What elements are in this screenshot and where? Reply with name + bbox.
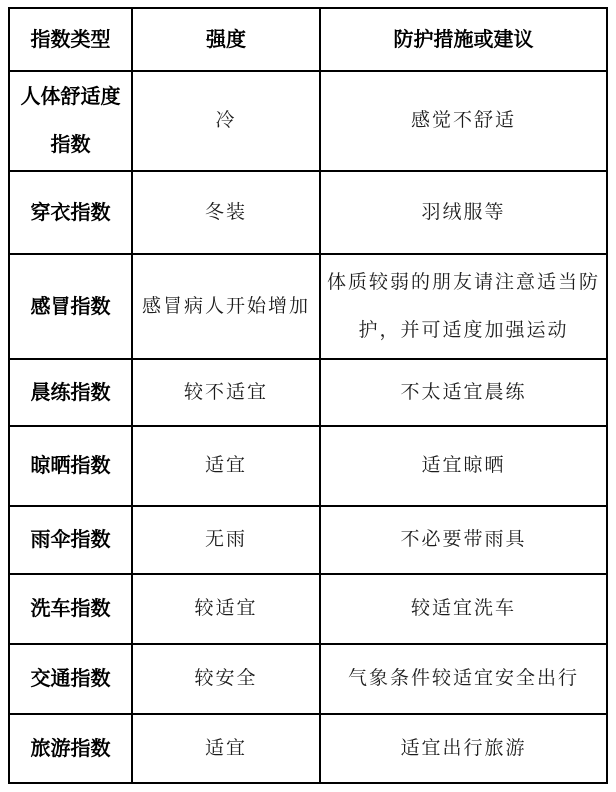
cell-strength: 冬装 [132,171,320,254]
cell-strength: 无雨 [132,506,320,574]
cell-index-type: 旅游指数 [9,714,132,783]
cell-advice: 适宜晾晒 [320,426,607,506]
cell-strength: 适宜 [132,714,320,783]
cell-strength: 感冒病人开始增加 [132,254,320,359]
weather-index-table: 指数类型 强度 防护措施或建议 人体舒适度指数 冷 感觉不舒适 穿衣指数 冬装 … [8,7,608,784]
cell-advice: 感觉不舒适 [320,71,607,171]
table-row-dressing-index: 穿衣指数 冬装 羽绒服等 [9,171,607,254]
cell-index-type: 交通指数 [9,644,132,714]
column-header-strength: 强度 [132,8,320,71]
table-row-traffic-index: 交通指数 较安全 气象条件较适宜安全出行 [9,644,607,714]
column-header-advice: 防护措施或建议 [320,8,607,71]
column-header-index-type: 指数类型 [9,8,132,71]
cell-advice: 体质较弱的朋友请注意适当防护，并可适度加强运动 [320,254,607,359]
table-row-comfort-index: 人体舒适度指数 冷 感觉不舒适 [9,71,607,171]
cell-advice: 较适宜洗车 [320,574,607,644]
cell-strength: 较不适宜 [132,359,320,426]
table-header-row: 指数类型 强度 防护措施或建议 [9,8,607,71]
cell-index-type: 晾晒指数 [9,426,132,506]
table-row-morning-exercise-index: 晨练指数 较不适宜 不太适宜晨练 [9,359,607,426]
cell-strength: 较适宜 [132,574,320,644]
cell-advice: 不太适宜晨练 [320,359,607,426]
cell-index-type: 雨伞指数 [9,506,132,574]
cell-index-type: 人体舒适度指数 [9,71,132,171]
cell-advice: 气象条件较适宜安全出行 [320,644,607,714]
cell-index-type: 晨练指数 [9,359,132,426]
cell-advice: 适宜出行旅游 [320,714,607,783]
cell-index-type: 感冒指数 [9,254,132,359]
table-row-travel-index: 旅游指数 适宜 适宜出行旅游 [9,714,607,783]
cell-advice: 不必要带雨具 [320,506,607,574]
cell-index-type: 洗车指数 [9,574,132,644]
cell-strength: 冷 [132,71,320,171]
table-row-drying-index: 晾晒指数 适宜 适宜晾晒 [9,426,607,506]
table-row-cold-index: 感冒指数 感冒病人开始增加 体质较弱的朋友请注意适当防护，并可适度加强运动 [9,254,607,359]
cell-strength: 适宜 [132,426,320,506]
cell-index-type: 穿衣指数 [9,171,132,254]
table-row-car-wash-index: 洗车指数 较适宜 较适宜洗车 [9,574,607,644]
cell-advice: 羽绒服等 [320,171,607,254]
table-row-umbrella-index: 雨伞指数 无雨 不必要带雨具 [9,506,607,574]
cell-strength: 较安全 [132,644,320,714]
